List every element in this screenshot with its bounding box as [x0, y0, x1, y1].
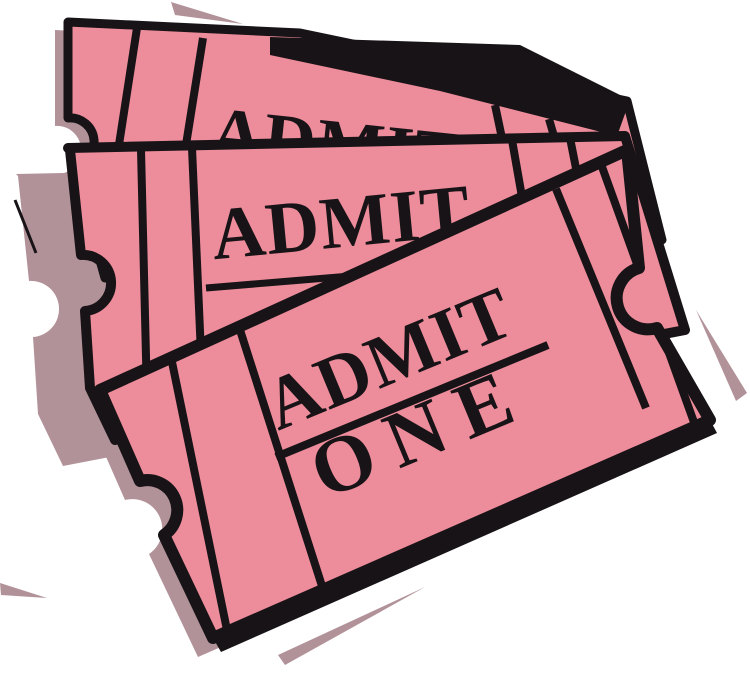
tickets-illustration: ADMIT ADMIT ADMIT ONE [0, 0, 750, 673]
shadow-dash-top [171, 2, 243, 24]
shadow-dash-bottom-left [0, 583, 47, 598]
tickets-clipart: ADMIT ADMIT ADMIT ONE [0, 0, 750, 673]
shadow-dash-right [696, 310, 747, 401]
